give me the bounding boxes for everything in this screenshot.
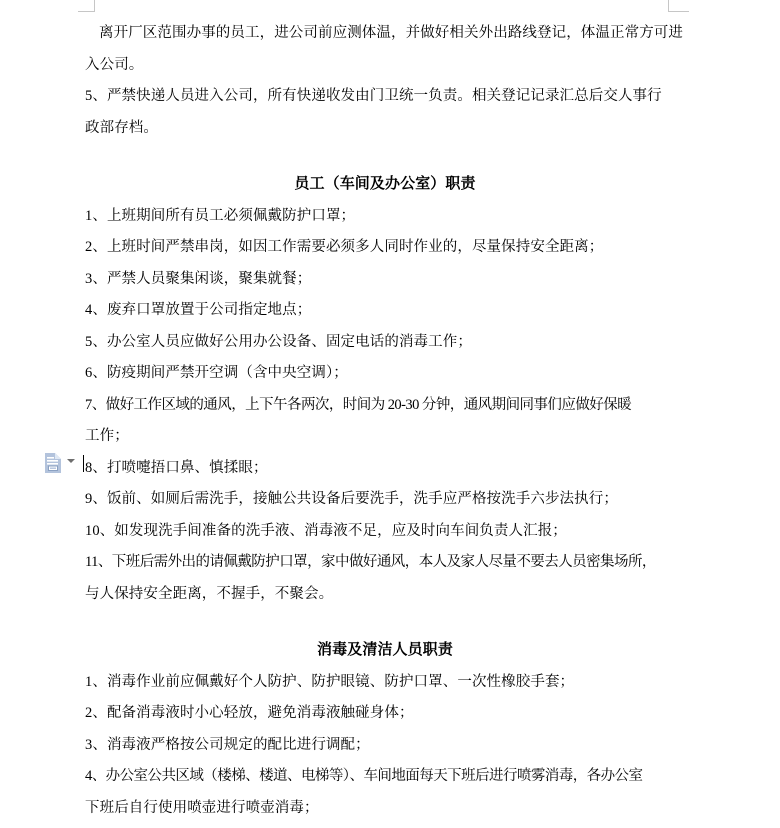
text-line: 3、严禁人员聚集闲谈，聚集就餐；	[85, 264, 685, 296]
document-page: 离开厂区范围办事的员工，进公司前应测体温，并做好相关外出路线登记，体温正常方可进…	[0, 0, 780, 828]
paragraph-block: 9、饭前、如厕后需洗手，接触公共设备后要洗手，洗手应严格按洗手六步法执行；	[85, 484, 685, 516]
paragraph-block: 5、严禁快递人员进入公司，所有快递收发由门卫统一负责。相关登记记录汇总后交人事行…	[85, 81, 685, 144]
text-line: 入公司。	[85, 50, 685, 82]
section-heading: 消毒及清洁人员职责	[85, 635, 685, 667]
text-line: 2、配备消毒液时小心轻放，避免消毒液触碰身体；	[85, 698, 685, 730]
text-caret	[83, 455, 84, 472]
paragraph-block: 2、上班时间严禁串岗，如因工作需要必须多人同时作业的，尽量保持安全距离；	[85, 232, 685, 264]
paste-options-button[interactable]	[43, 451, 79, 475]
paragraph-block: 10、如发现洗手间准备的洗手液、消毒液不足，应及时向车间负责人汇报；	[85, 516, 685, 548]
paragraph-block: 8、打喷嚏捂口鼻、慎揉眼；	[85, 453, 685, 485]
text-line: 5、严禁快递人员进入公司，所有快递收发由门卫统一负责。相关登记记录汇总后交人事行	[85, 81, 685, 113]
paragraph-block: 4、办公室公共区域（楼梯、楼道、电梯等）、车间地面每天下班后进行喷雾消毒，各办公…	[85, 761, 685, 824]
paragraph-block: 5、办公室人员应做好公用办公设备、固定电话的消毒工作；	[85, 327, 685, 359]
section-heading-block: 员工（车间及办公室）职责	[85, 169, 685, 201]
paragraph-block: 11、下班后需外出的请佩戴防护口罩，家中做好通风，本人及家人尽量不要去人员密集场…	[85, 547, 685, 610]
text-line: 9、饭前、如厕后需洗手，接触公共设备后要洗手，洗手应严格按洗手六步法执行；	[85, 484, 685, 516]
text-line: 离开厂区范围办事的员工，进公司前应测体温，并做好相关外出路线登记，体温正常方可进	[85, 18, 685, 50]
paragraph-block: 6、防疫期间严禁开空调（含中央空调）；	[85, 358, 685, 390]
text-line: 4、废弃口罩放置于公司指定地点；	[85, 295, 685, 327]
text-line: 3、消毒液严格按公司规定的配比进行调配；	[85, 730, 685, 762]
paragraph-block: 1、消毒作业前应佩戴好个人防护、防护眼镜、防护口罩、一次性橡胶手套；	[85, 667, 685, 699]
text-line: 与人保持安全距离，不握手，不聚会。	[85, 579, 685, 611]
paragraph-block: 1、上班期间所有员工必须佩戴防护口罩；	[85, 201, 685, 233]
section-heading: 员工（车间及办公室）职责	[85, 169, 685, 201]
document-content[interactable]: 离开厂区范围办事的员工，进公司前应测体温，并做好相关外出路线登记，体温正常方可进…	[85, 0, 685, 824]
paragraph-block: 2、配备消毒液时小心轻放，避免消毒液触碰身体；	[85, 698, 685, 730]
paragraph-block: 4、废弃口罩放置于公司指定地点；	[85, 295, 685, 327]
text-line: 7、做好工作区域的通风，上下午各两次，时间为 20-30 分钟，通风期间同事们应…	[85, 390, 685, 422]
paragraph-block: 3、消毒液严格按公司规定的配比进行调配；	[85, 730, 685, 762]
clipboard-paste-icon	[43, 451, 63, 474]
text-line: 6、防疫期间严禁开空调（含中央空调）；	[85, 358, 685, 390]
section-heading-block: 消毒及清洁人员职责	[85, 635, 685, 667]
text-line: 下班后自行使用喷壶进行喷壶消毒；	[85, 793, 685, 825]
text-line: 1、消毒作业前应佩戴好个人防护、防护眼镜、防护口罩、一次性橡胶手套；	[85, 667, 685, 699]
text-line: 5、办公室人员应做好公用办公设备、固定电话的消毒工作；	[85, 327, 685, 359]
paragraph-block: 离开厂区范围办事的员工，进公司前应测体温，并做好相关外出路线登记，体温正常方可进…	[85, 18, 685, 81]
paragraph-block: 3、严禁人员聚集闲谈，聚集就餐；	[85, 264, 685, 296]
chevron-down-icon	[67, 459, 75, 463]
text-line: 10、如发现洗手间准备的洗手液、消毒液不足，应及时向车间负责人汇报；	[85, 516, 685, 548]
text-line: 政部存档。	[85, 113, 685, 145]
text-line: 2、上班时间严禁串岗，如因工作需要必须多人同时作业的，尽量保持安全距离；	[85, 232, 685, 264]
text-line: 8、打喷嚏捂口鼻、慎揉眼；	[85, 453, 685, 485]
text-line: 工作；	[85, 421, 685, 453]
text-line: 4、办公室公共区域（楼梯、楼道、电梯等）、车间地面每天下班后进行喷雾消毒，各办公…	[85, 761, 685, 793]
paragraph-block: 7、做好工作区域的通风，上下午各两次，时间为 20-30 分钟，通风期间同事们应…	[85, 390, 685, 453]
text-line: 1、上班期间所有员工必须佩戴防护口罩；	[85, 201, 685, 233]
text-line: 11、下班后需外出的请佩戴防护口罩，家中做好通风，本人及家人尽量不要去人员密集场…	[85, 547, 685, 579]
